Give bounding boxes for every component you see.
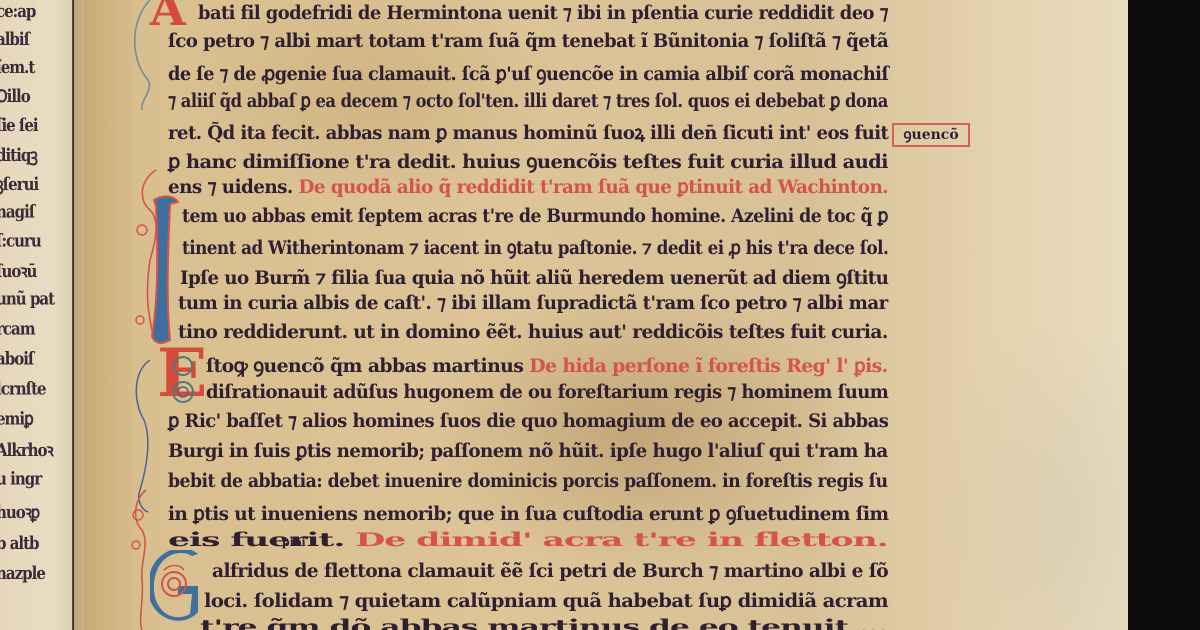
text-line: ens ⁊ uidens. De quodã alio q̃ reddidit … <box>168 176 888 198</box>
decorated-initial-a: A <box>150 0 186 32</box>
text-line: Ipſe uo Burm̃ ⁊ filia ſua quia nõ hũit a… <box>180 264 888 290</box>
text-line: ꝑ Ric' baſſet ⁊ alios homines ſuos die q… <box>168 410 888 432</box>
left-page-line: ſuoꝛū <box>0 260 36 283</box>
left-page-line: ſie ſei <box>0 115 38 136</box>
dark-backdrop <box>1128 0 1200 630</box>
text-line: bati fil godefridi de Hermintona uenit ⁊… <box>198 2 888 24</box>
initial-e-infill <box>166 352 200 408</box>
left-page-line: ſ:curu <box>0 231 41 252</box>
left-page-line: ce:ap <box>0 1 35 22</box>
left-page-line: emiꝑ <box>0 409 33 430</box>
text-line: tem uo abbas emit ſeptem acras t're de B… <box>182 205 888 227</box>
text-line: ꝑ hanc dimiſſione t'ra dedit. huius ꝯuen… <box>168 148 888 174</box>
text-line: eis fuerit. De dimid' acra t're in flett… <box>168 529 888 551</box>
text-line: ſtoꝙ ꝯuencõ q̃m abbas martinus De hida p… <box>206 352 888 378</box>
text-line: de ſe ⁊ de ꝓgenie ſua clamauit. ſcã ꝑ'uſ… <box>168 60 888 86</box>
text-line: tum in curia albis de caſt'. ⁊ ibi illam… <box>178 292 888 314</box>
text-line: ſco petro ⁊ albi mart totam t'ram ſuã q̃… <box>168 30 888 52</box>
left-page-line: huoꝛꝑ <box>0 501 39 524</box>
marginal-note-box: ꝯuencõ <box>892 123 970 147</box>
left-page-line: nazple <box>0 563 45 584</box>
rubric-heading: De hida perſone ĩ foreſtis Reg' l' ꝑis. <box>529 355 887 377</box>
text-line: diſrationauit adũſus hugonem de ou foreſ… <box>206 381 888 403</box>
text-line: ⁊ aliiſ q̃d abbaſ ꝑ ea decem ⁊ octo ſol'… <box>168 90 888 112</box>
text-line: tinent ad Witherintonam ⁊ iacent in ꝯtat… <box>182 234 888 260</box>
left-page-line: albiſ <box>0 29 29 50</box>
left-page-line: nagiſ <box>0 202 34 223</box>
text-line: alfridus de flettona clamauit ẽẽ ſci pet… <box>212 560 888 582</box>
marginal-note-text: ꝯuencõ <box>903 127 958 143</box>
rubric-heading: De dimid' acra t're in fletton. <box>355 529 887 551</box>
left-page-fragment: ce:ap albiſ ĩem.t Ꝺillo ſie ſei ditiqꝫ ꝫ… <box>0 0 74 630</box>
text-line: Burgi in ſuis ꝑtis nemorib; paſſonem nõ … <box>168 440 888 462</box>
left-page-line: Alkrhoꝛ <box>0 439 53 462</box>
text-line: ret. Q̃d ita fecit. abbas nam ꝑ manus ho… <box>168 119 888 145</box>
interlinear-gloss: pibi <box>282 536 306 549</box>
left-page-line: ꝫſerui <box>0 173 38 196</box>
left-page-line: unũ pat <box>0 289 54 310</box>
text-line: bebit de abbatia: debet inuenire dominic… <box>168 470 888 492</box>
left-page-line: u ingr <box>0 469 41 490</box>
text-line: tino reddiderunt. ut in domino ẽẽt. huiu… <box>178 321 888 343</box>
folio-edge <box>74 0 84 630</box>
left-page-line: b altb <box>0 533 39 554</box>
left-page-line: rcam <box>0 319 35 340</box>
decorated-initial-g <box>150 550 204 622</box>
initial-i-shaft <box>146 190 180 350</box>
left-page-line: ĩem.t <box>0 57 34 78</box>
text-line: t're q̃m dõ abbas martinus de eo tenuit … <box>200 616 888 630</box>
left-page-line: lcrnſte <box>0 379 46 400</box>
left-page-line: aboiſ <box>0 349 33 370</box>
text-line: in ꝑtis ut inueniens nemorib; que in ſua… <box>168 500 888 526</box>
left-page-line: Ꝺillo <box>0 85 30 108</box>
text-line: loci. ſolidam ⁊ quietam calũpniam quã ha… <box>204 590 888 612</box>
left-page-line: ditiqꝫ <box>0 144 37 167</box>
rubric-heading: De quodã alio q̃ reddidit t'ram ſuã que … <box>299 176 889 198</box>
